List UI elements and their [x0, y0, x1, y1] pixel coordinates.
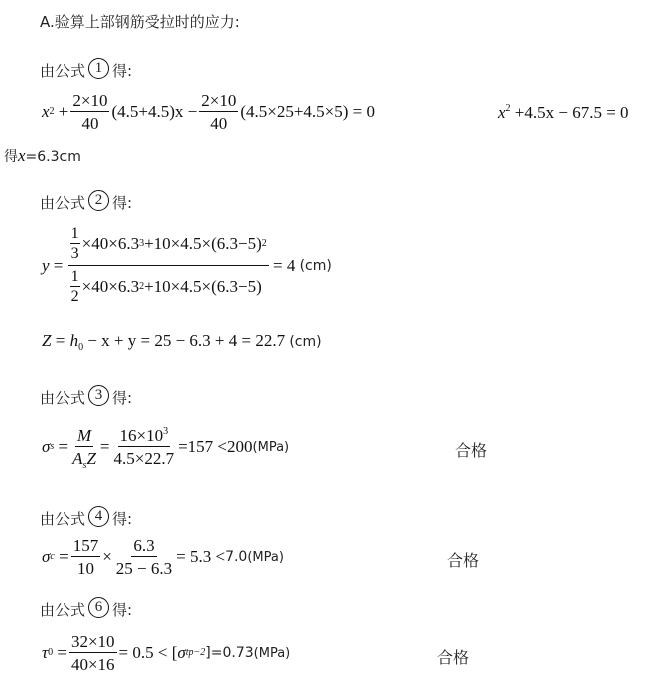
equation-z: Z = h0 − x + y = 25 − 6.3 + 4 = 22.7 (cm… [42, 331, 322, 351]
formula-ref-4: 由公式4得: [40, 506, 132, 529]
denominator: 40×16 [69, 653, 117, 673]
formula-ref-6: 由公式6得: [40, 597, 132, 620]
denominator: 2 [71, 287, 79, 305]
numerator: 2×10 [199, 92, 238, 112]
numerator: M [75, 427, 93, 447]
expr-part: +10×4.5×(6.3−5) [144, 234, 262, 254]
var-x: x [18, 146, 26, 165]
fraction: 2×1040 [70, 92, 109, 132]
formula-ref-2: 由公式2得: [40, 190, 132, 213]
verdict-pass: 合格 [455, 438, 487, 461]
formula-ref-prefix: 由公式 [40, 601, 85, 619]
denominator: 25 − 6.3 [114, 557, 174, 577]
circled-number-icon: 2 [88, 190, 109, 211]
numerator: 1 [70, 269, 80, 287]
equation-tau-0: τ0 = 32×1040×16 = 0.5 < [σtp−2]=0.73(MPa… [42, 633, 290, 673]
circled-number-icon: 3 [88, 385, 109, 406]
formula-ref-suffix: 得: [112, 389, 132, 407]
result-value: = 0.5 < [ [119, 643, 178, 663]
expr-part: +10×4.5×(6.3−5) [144, 277, 262, 297]
numerator: 2×10 [70, 92, 109, 112]
formula-ref-1: 由公式1得: [40, 58, 132, 81]
equation-y: y = 13 ×40×6.33 +10×4.5×(6.3−5)2 12 ×40×… [42, 226, 332, 305]
equation-quadratic-expanded: x2 + 2×1040 (4.5+4.5)x − 2×1040 (4.5×25+… [42, 92, 375, 132]
circled-number-icon: 1 [88, 58, 109, 79]
formula-ref-suffix: 得: [112, 62, 132, 80]
equation-sigma-c: σc = 15710 × 6.325 − 6.3 = 5.3 <7.0(MPa) [42, 537, 284, 577]
unit: (MPa) [254, 646, 291, 661]
limit-value: 7.0 [225, 549, 247, 565]
formula-ref-prefix: 由公式 [40, 510, 85, 528]
formula-ref-suffix: 得: [112, 510, 132, 528]
unit: (cm) [300, 258, 332, 274]
denominator: 4.5×22.7 [112, 447, 177, 467]
equation-quadratic-simplified: x2 +4.5x − 67.5 = 0 [498, 103, 629, 123]
result-prefix: 得 [4, 149, 18, 165]
denominator: 3 [71, 244, 79, 262]
formula-ref-3: 由公式3得: [40, 385, 132, 408]
formula-ref-suffix: 得: [112, 194, 132, 212]
unit: (MPa) [247, 550, 284, 565]
denominator: 12 ×40×6.32 +10×4.5×(6.3−5) [68, 266, 269, 305]
expr-part: (4.5+4.5)x − [111, 102, 197, 122]
formula-ref-prefix: 由公式 [40, 62, 85, 80]
denominator: 40 [208, 112, 229, 132]
result-value: =6.3cm [26, 149, 81, 165]
fraction: 6.325 − 6.3 [114, 537, 174, 577]
formula-ref-prefix: 由公式 [40, 194, 85, 212]
result-value: = 4 [273, 256, 295, 276]
denominator: 40 [79, 112, 100, 132]
result-value: = 5.3 < [176, 547, 225, 567]
var-y: y [42, 256, 50, 276]
expr-part: ×40×6.3 [82, 277, 139, 297]
result-value: =157 <200 [178, 437, 252, 457]
fraction: 13 ×40×6.33 +10×4.5×(6.3−5)2 12 ×40×6.32… [68, 226, 269, 305]
numerator: 13 ×40×6.33 +10×4.5×(6.3−5)2 [68, 226, 269, 266]
equation-sigma-s: σs = MAsZ = 16×1034.5×22.7 =157 <200(MPa… [42, 427, 289, 467]
formula-ref-prefix: 由公式 [40, 389, 85, 407]
fraction: 2×1040 [199, 92, 238, 132]
section-heading: A.验算上部钢筋受拉时的应力: [40, 11, 240, 32]
numerator: 1 [70, 226, 80, 244]
var-x: x [42, 102, 50, 122]
circled-number-icon: 6 [88, 597, 109, 618]
formula-ref-suffix: 得: [112, 601, 132, 619]
fraction: MAsZ [70, 427, 98, 467]
expr-part: − x + y = 25 − 6.3 + 4 = 22.7 [87, 331, 285, 350]
fraction: 32×1040×16 [69, 633, 117, 673]
expr-part: ×40×6.3 [82, 234, 139, 254]
numerator: 16×10 [120, 426, 164, 445]
limit-value: ]=0.73 [205, 645, 253, 661]
expr-part: (4.5×25+4.5×5) = 0 [240, 102, 375, 122]
circled-number-icon: 4 [88, 506, 109, 527]
unit: (MPa) [253, 440, 290, 455]
numerator: 32×10 [69, 633, 117, 653]
verdict-pass: 合格 [447, 548, 479, 571]
result-x: 得x=6.3cm [4, 146, 81, 166]
numerator: 6.3 [131, 537, 156, 557]
denominator: 10 [75, 557, 96, 577]
unit: (cm) [289, 334, 321, 350]
numerator: 157 [71, 537, 101, 557]
fraction: 15710 [71, 537, 101, 577]
fraction: 16×1034.5×22.7 [112, 427, 177, 467]
expr-part: +4.5x − 67.5 = 0 [515, 103, 629, 122]
verdict-pass: 合格 [437, 645, 469, 668]
